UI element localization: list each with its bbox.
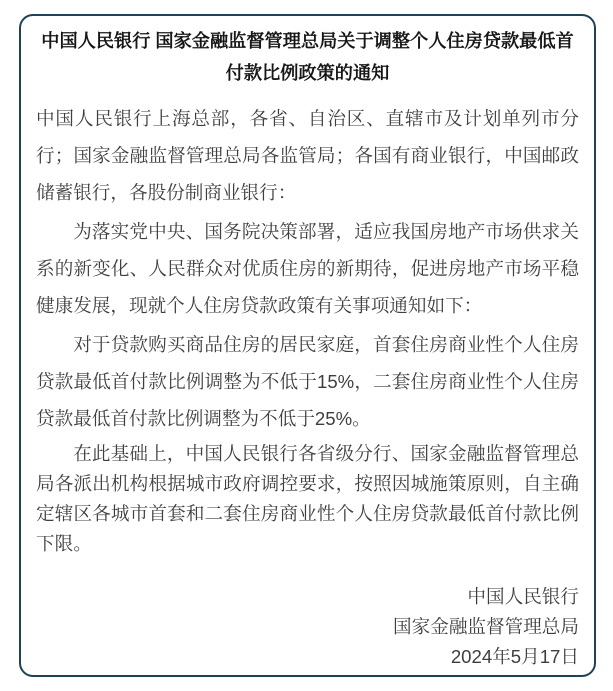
downpayment-ratio-paragraph: 对于贷款购买商品住房的居民家庭，首套住房商业性个人住房贷款最低首付款比例调整为不… <box>36 326 579 437</box>
implementation-paragraph: 在此基础上，中国人民银行各省级分行、国家金融监督管理总局各派出机构根据城市政府调… <box>36 439 579 559</box>
notice-card: 中国人民银行 国家金融监督管理总局关于调整个人住房贷款最低首付款比例政策的通知 … <box>19 14 596 677</box>
issuer-pboc: 中国人民银行 <box>36 582 579 612</box>
notice-title: 中国人民银行 国家金融监督管理总局关于调整个人住房贷款最低首付款比例政策的通知 <box>36 25 579 89</box>
addressees-paragraph: 中国人民银行上海总部，各省、自治区、直辖市及计划单列市分行；国家金融监督管理总局… <box>36 100 579 211</box>
signature-block: 中国人民银行 国家金融监督管理总局 2024年5月17日 <box>36 582 579 672</box>
issue-date: 2024年5月17日 <box>36 642 579 672</box>
page-background: 中国人民银行 国家金融监督管理总局关于调整个人住房贷款最低首付款比例政策的通知 … <box>0 0 613 691</box>
policy-background-paragraph: 为落实党中央、国务院决策部署，适应我国房地产市场供求关系的新变化、人民群众对优质… <box>36 213 579 324</box>
issuer-nfra: 国家金融监督管理总局 <box>36 612 579 642</box>
